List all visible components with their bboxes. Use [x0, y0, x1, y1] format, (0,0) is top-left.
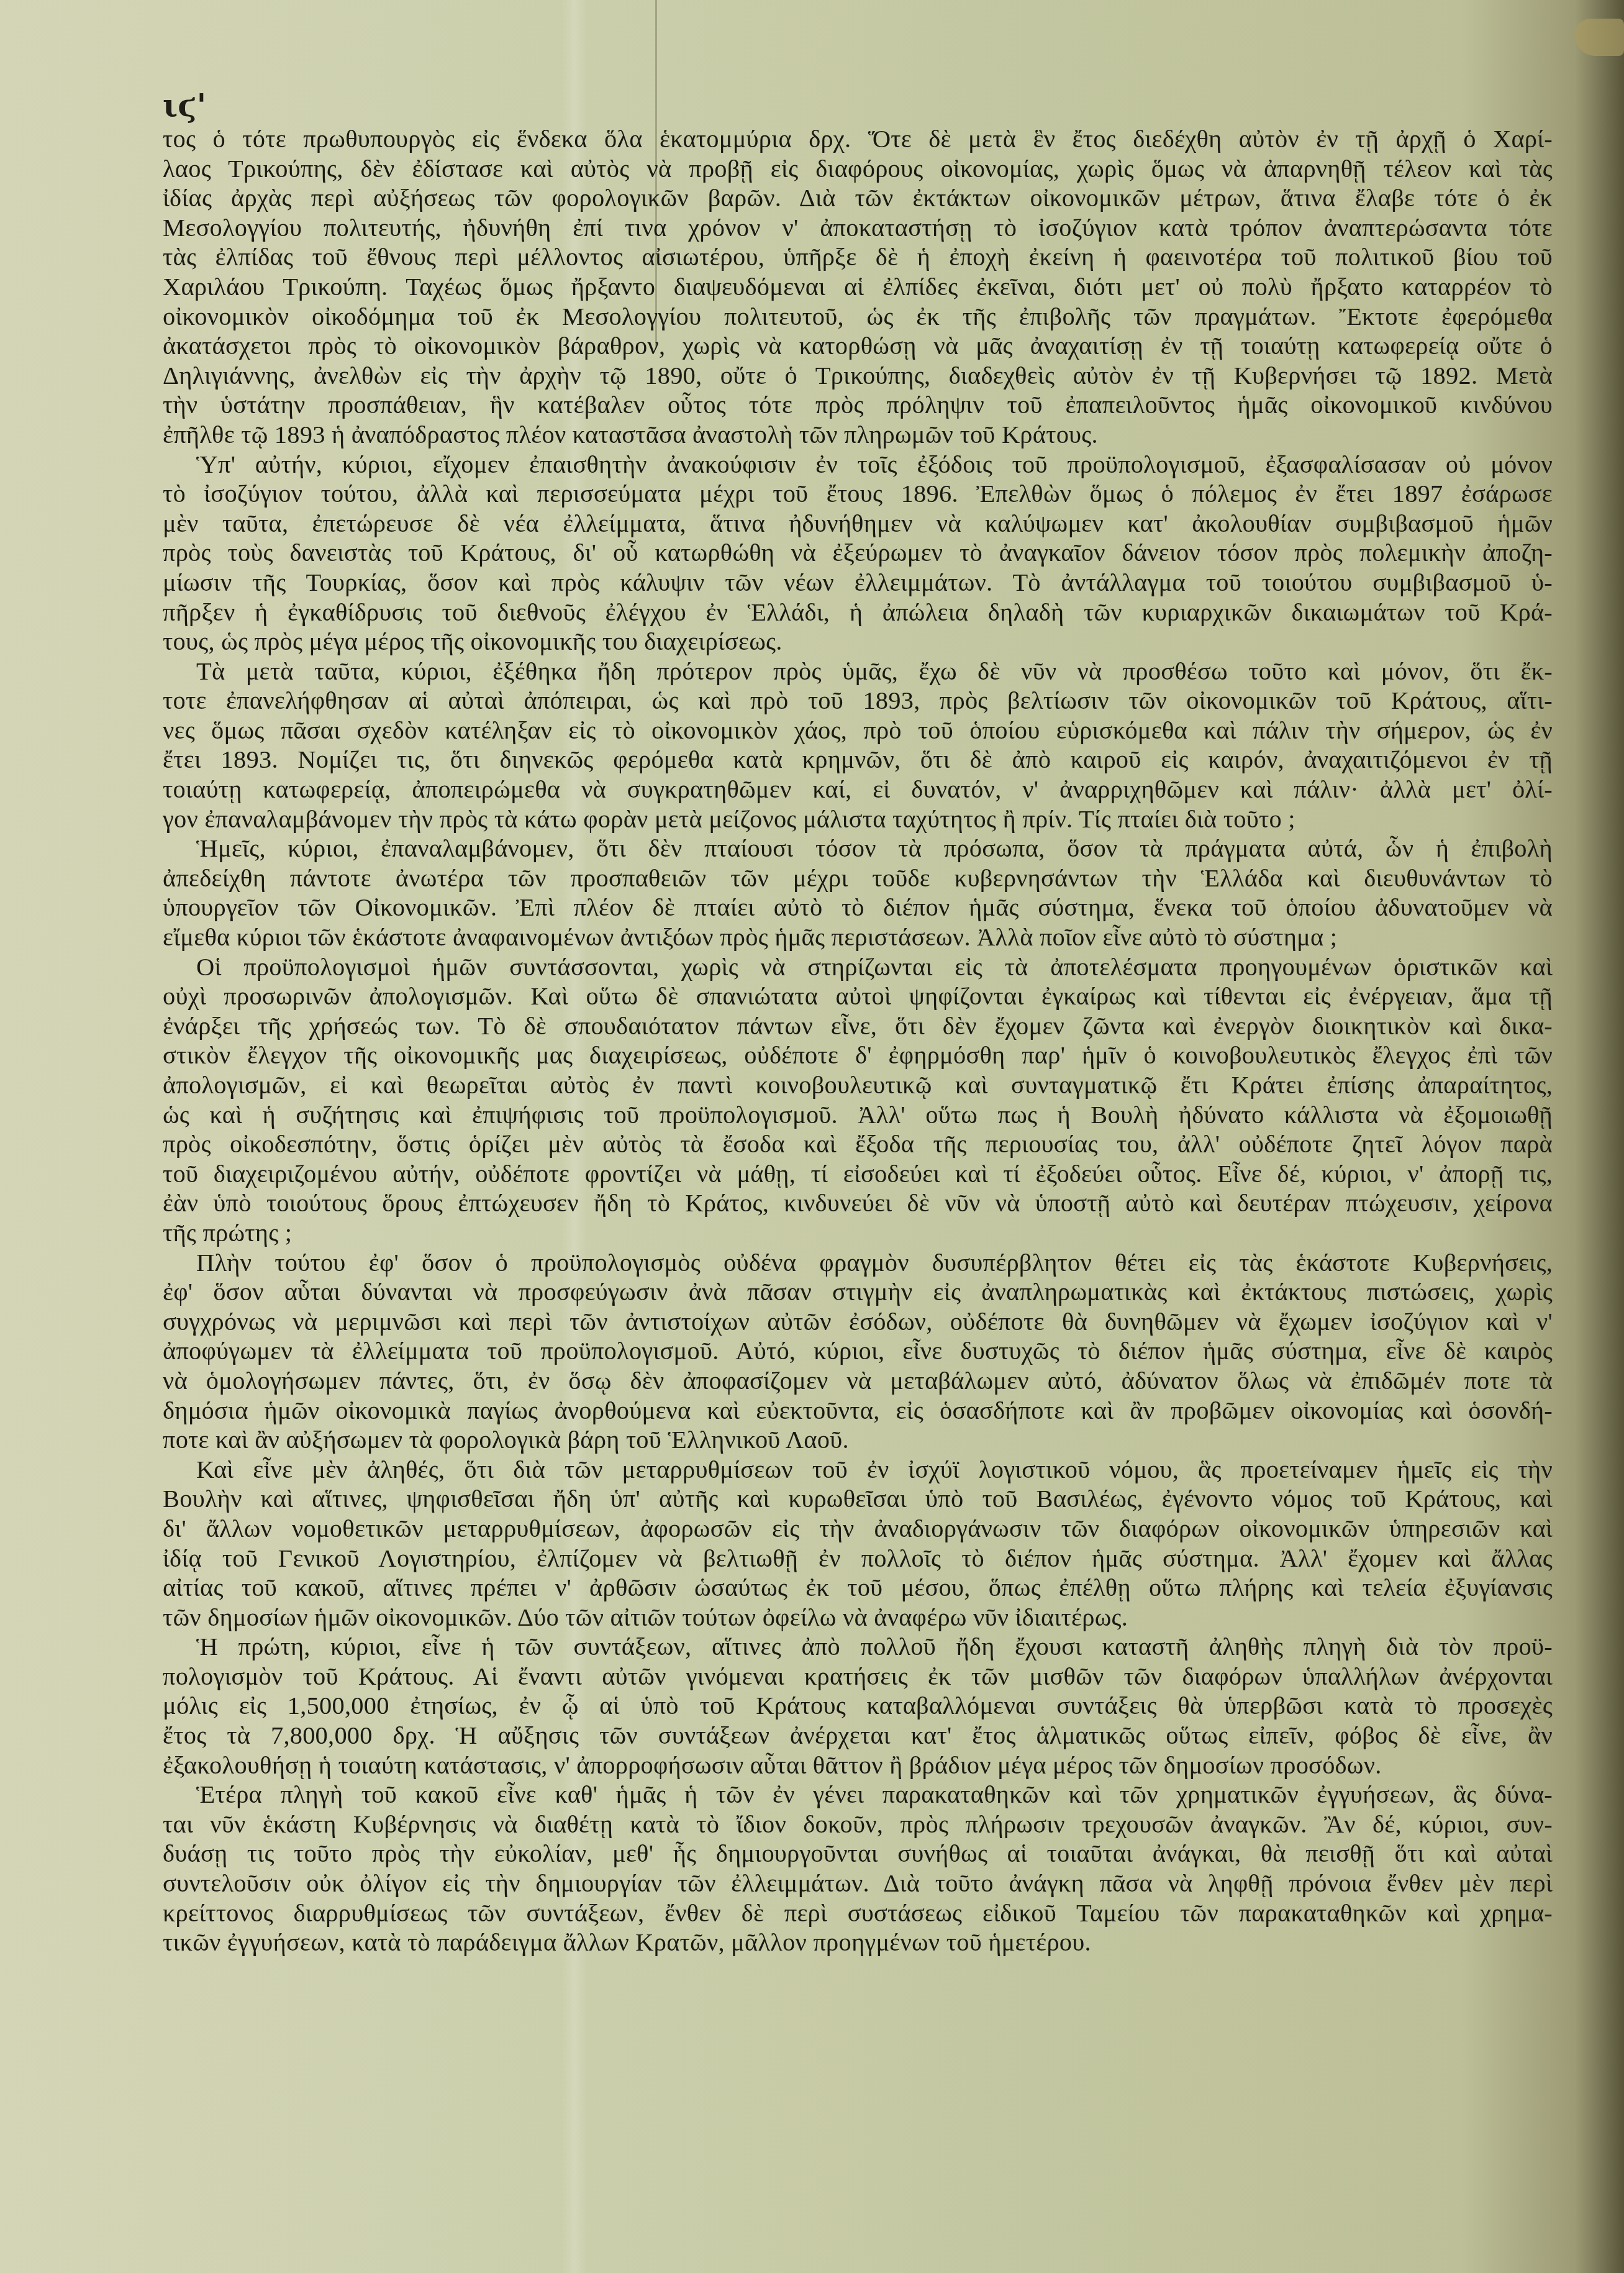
text-line: δυάσῃ τις τοῦτο πρὸς τὴν εὐκολίαν, μεθ' …: [163, 1839, 1553, 1869]
text-line: τῶν δημοσίων ἡμῶν οἰκονομικῶν. Δύο τῶν α…: [163, 1603, 1553, 1633]
text-line: μόλις εἰς 1,500,000 ἐτησίως, ἐν ᾧ αἱ ὑπὸ…: [163, 1691, 1553, 1721]
text-line: συντελοῦσιν οὐκ ὀλίγον εἰς τὴν δημιουργί…: [163, 1869, 1553, 1898]
paper-stain: [1574, 19, 1624, 56]
text-line: μίωσιν τῆς Τουρκίας, ὅσον καὶ πρὸς κάλυψ…: [163, 568, 1553, 598]
text-line: πολογισμὸν τοῦ Κράτους. Αἱ ἔναντι αὐτῶν …: [163, 1662, 1553, 1692]
text-line: πῆρξεν ἡ ἐγκαθίδρυσις τοῦ διεθνοῦς ἐλέγχ…: [163, 598, 1553, 627]
text-line: δημόσια ἡμῶν οἰκονομικὰ παγίως ἀνορθούμε…: [163, 1396, 1553, 1426]
text-line: κρείττονος διαρρυθμίσεως τῶν συντάξεων, …: [163, 1898, 1553, 1928]
text-line: τος ὁ τότε πρωθυπουργὸς εἰς ἕνδεκα ὅλα ἑ…: [163, 124, 1553, 154]
text-line: πρὸς τοὺς δανειστὰς τοῦ Κράτους, δι' οὗ …: [163, 538, 1553, 568]
text-line: λαος Τρικούπης, δὲν ἐδίστασε καὶ αὐτὸς ν…: [163, 154, 1553, 184]
text-line: τοῦ διαχειριζομένου αὐτήν, οὐδέποτε φρον…: [163, 1159, 1553, 1189]
paragraph-first-line: Ἡ πρώτη, κύριοι, εἶνε ἡ τῶν συντάξεων, α…: [163, 1632, 1553, 1662]
text-line: ἔτος τὰ 7,800,000 δρχ. Ἡ αὔξησις τῶν συν…: [163, 1721, 1553, 1751]
text-line: τους, ὡς πρὸς μέγα μέρος τῆς οἰκονομικῆς…: [163, 627, 1553, 657]
text-line: νὰ ὁμολογήσωμεν πάντες, ὅτι, ἐν ὅσῳ δὲν …: [163, 1366, 1553, 1396]
text-line: τὴν ὑστάτην προσπάθειαν, ἣν κατέβαλεν οὗ…: [163, 390, 1553, 420]
text-line: ὡς καὶ ἡ συζήτησις καὶ ἐπιψήφισις τοῦ πρ…: [163, 1100, 1553, 1130]
paragraph-first-line: Πλὴν τούτου ἐφ' ὅσον ὁ προϋπολογισμὸς οὐ…: [163, 1248, 1553, 1278]
text-line: Μεσολογγίου πολιτευτής, ἠδυνήθη ἐπί τινα…: [163, 213, 1553, 243]
text-line: Χαριλάου Τρικούπη. Ταχέως ὅμως ἤρξαντο δ…: [163, 272, 1553, 302]
body-text: τος ὁ τότε πρωθυπουργὸς εἰς ἕνδεκα ὅλα ἑ…: [163, 124, 1553, 1957]
text-line: Δηλιγιάννης, ἀνελθὼν εἰς τὴν ἀρχὴν τῷ 18…: [163, 361, 1553, 391]
text-line: τικῶν ἐγγυήσεων, κατὰ τὸ παράδειγμα ἄλλω…: [163, 1928, 1553, 1957]
text-line: τοτε ἐπανελήφθησαν αἱ αὐταὶ ἀπόπειραι, ὡ…: [163, 686, 1553, 716]
text-line: ἐξακολουθήσῃ ἡ τοιαύτη κατάστασις, ν' ἀπ…: [163, 1751, 1553, 1780]
page-number: ιϛ': [163, 87, 206, 124]
paragraph-first-line: Ἑτέρα πληγὴ τοῦ κακοῦ εἶνε καθ' ἡμᾶς ἡ τ…: [163, 1780, 1553, 1810]
text-line: ἐφ' ὅσον αὗται δύνανται νὰ προσφεύγωσιν …: [163, 1277, 1553, 1307]
text-line: ποτε καὶ ἂν αὐξήσωμεν τὰ φορολογικὰ βάρη…: [163, 1425, 1553, 1455]
text-line: δι' ἄλλων νομοθετικῶν μεταρρυθμίσεων, ἀφ…: [163, 1514, 1553, 1544]
text-line: αἰτίας τοῦ κακοῦ, αἵτινες πρέπει ν' ἀρθῶ…: [163, 1573, 1553, 1603]
text-line: ἰδίᾳ τοῦ Γενικοῦ Λογιστηρίου, ἐλπίζομεν …: [163, 1544, 1553, 1574]
text-line: τοιαύτῃ κατωφερείᾳ, ἀποπειρώμεθα νὰ συγκ…: [163, 775, 1553, 804]
paragraph-first-line: Ὑπ' αὐτήν, κύριοι, εἴχομεν ἐπαισθητὴν ἀν…: [163, 450, 1553, 480]
scanned-page: ιϛ' τος ὁ τότε πρωθυπουργὸς εἰς ἕνδεκα ὅ…: [0, 0, 1624, 2273]
text-line: ἀπεδείχθη πάντοτε ἀνωτέρα τῶν προσπαθειῶ…: [163, 863, 1553, 893]
paragraph-first-line: Τὰ μετὰ ταῦτα, κύριοι, ἐξέθηκα ἤδη πρότε…: [163, 657, 1553, 686]
text-line: οὐχὶ προσωρινῶν ἀπολογισμῶν. Καὶ οὕτω δὲ…: [163, 982, 1553, 1011]
paragraph-first-line: Οἱ προϋπολογισμοὶ ἡμῶν συντάσσονται, χωρ…: [163, 952, 1553, 982]
text-line: Βουλὴν καὶ αἵτινες, ψηφισθεῖσαι ἤδη ὑπ' …: [163, 1484, 1553, 1514]
text-line: ἐπῆλθε τῷ 1893 ἡ ἀναπόδραστος πλέον κατα…: [163, 420, 1553, 450]
text-line: ἔτει 1893. Νομίζει τις, ὅτι διηνεκῶς φερ…: [163, 745, 1553, 775]
text-line: πρὸς οἰκοδεσπότην, ὅστις ὁρίζει μὲν αὐτὸ…: [163, 1129, 1553, 1159]
text-line: τὰς ἐλπίδας τοῦ ἔθνους περὶ μέλλοντος αἰ…: [163, 242, 1553, 272]
text-line: τῆς πρώτης ;: [163, 1218, 1553, 1248]
text-line: γον ἐπαναλαμβάνομεν τὴν πρὸς τὰ κάτω φορ…: [163, 804, 1553, 834]
text-line: ὑπουργεῖον τῶν Οἰκονομικῶν. Ἐπὶ πλέον δὲ…: [163, 893, 1553, 922]
text-line: ἐνάρξει τῆς χρήσεώς των. Τὸ δὲ σπουδαιότ…: [163, 1011, 1553, 1041]
paragraph-first-line: Ἡμεῖς, κύριοι, ἐπαναλαμβάνομεν, ὅτι δὲν …: [163, 834, 1553, 863]
text-line: οἰκονομικὸν οἰκοδόμημα τοῦ ἐκ Μεσολογγίο…: [163, 302, 1553, 332]
text-line: νες ὅμως πᾶσαι σχεδὸν κατέληξαν εἰς τὸ ο…: [163, 716, 1553, 745]
paragraph-first-line: Καὶ εἶνε μὲν ἀληθές, ὅτι διὰ τῶν μεταρρυ…: [163, 1455, 1553, 1485]
text-line: εἴμεθα κύριοι τῶν ἑκάστοτε ἀναφαινομένων…: [163, 922, 1553, 952]
text-line: στικὸν ἔλεγχον τῆς οἰκονομικῆς μας διαχε…: [163, 1041, 1553, 1070]
text-line: ἀκατάσχετοι πρὸς τὸ οἰκονομικὸν βάραθρον…: [163, 331, 1553, 361]
text-line: ἀποφύγωμεν τὰ ἐλλείμματα τοῦ προϋπολογισ…: [163, 1336, 1553, 1366]
text-line: ἰδίας ἀρχὰς περὶ αὐξήσεως τῶν φορολογικῶ…: [163, 183, 1553, 213]
text-line: μὲν ταῦτα, ἐπετώρευσε δὲ νέα ἐλλείμματα,…: [163, 509, 1553, 539]
text-line: τὸ ἰσοζύγιον τούτου, ἀλλὰ καὶ περισσεύμα…: [163, 479, 1553, 509]
text-line: συγχρόνως νὰ μεριμνῶσι καὶ περὶ τῶν ἀντι…: [163, 1307, 1553, 1337]
text-line: ἀπολογισμῶν, εἰ καὶ θεωρεῖται αὐτὸς ἐν π…: [163, 1070, 1553, 1100]
text-line: ται νῦν ἑκάστη Κυβέρνησις νὰ διαθέτῃ κατ…: [163, 1810, 1553, 1839]
text-line: ἐὰν ὑπὸ τοιούτους ὅρους ἐπτώχευσεν ἤδη τ…: [163, 1188, 1553, 1218]
